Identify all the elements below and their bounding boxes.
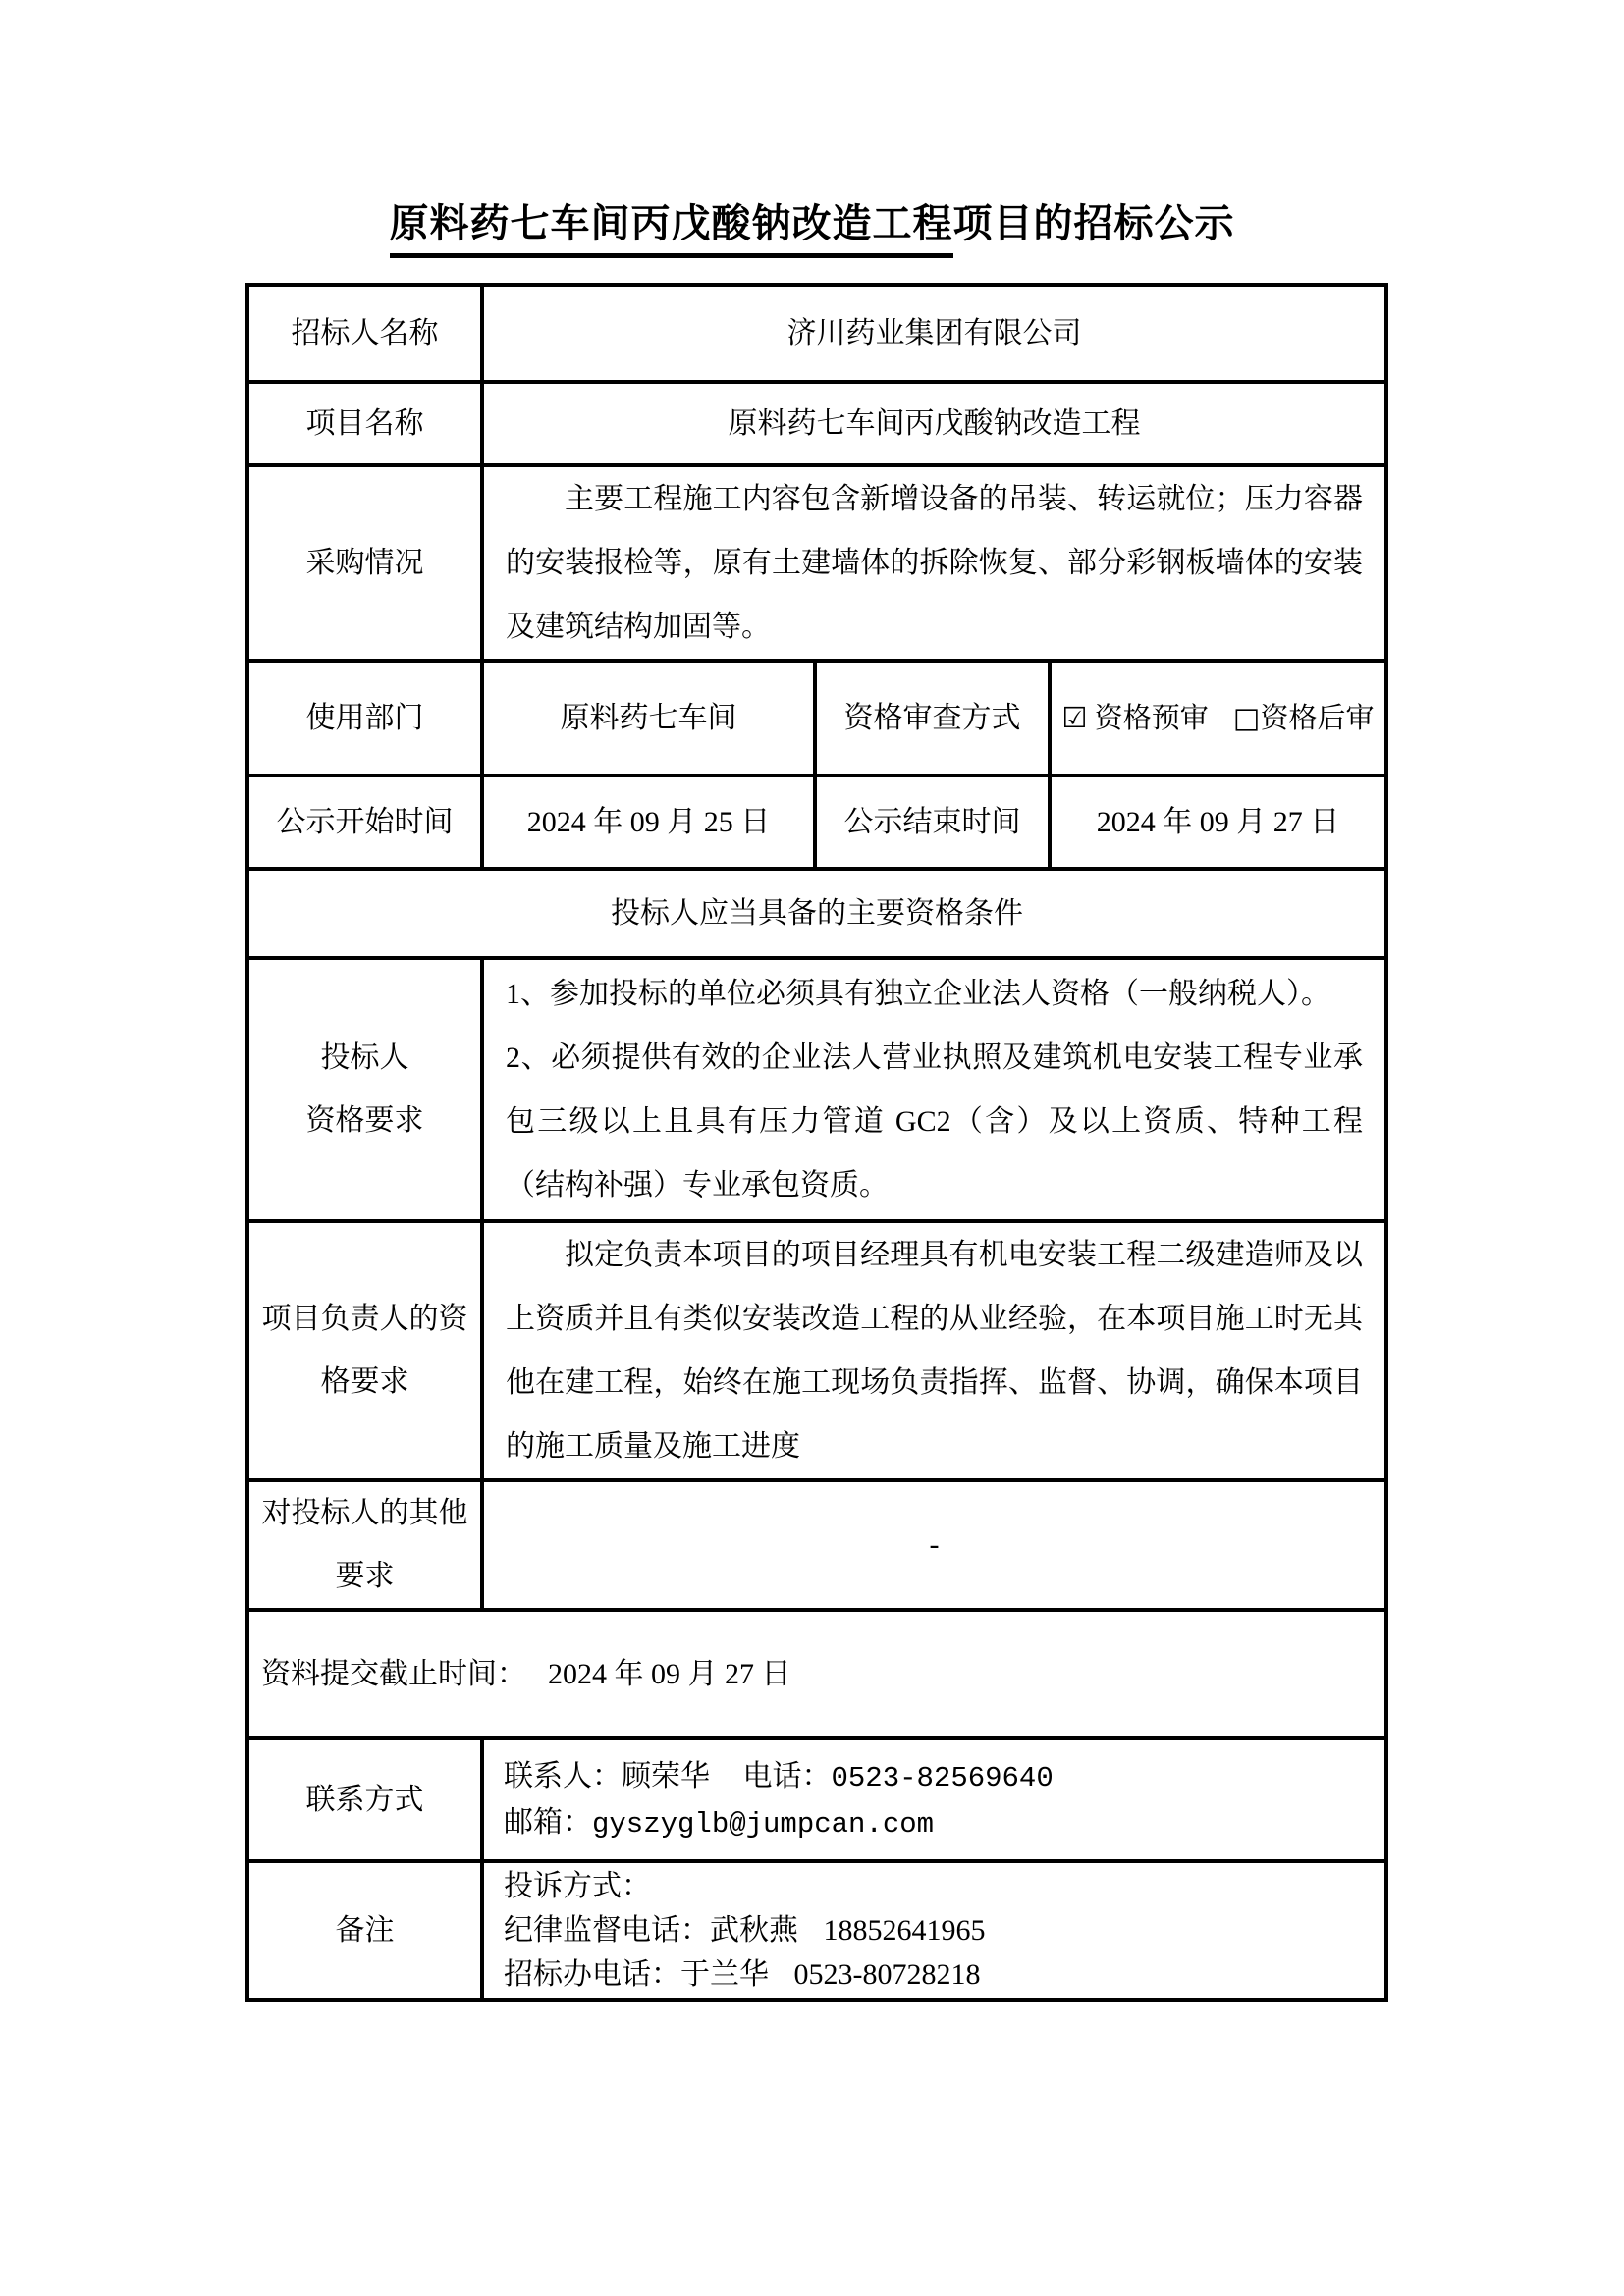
department-value: 原料药七车间	[482, 661, 815, 775]
deadline-cell: 资料提交截止时间：2024 年 09 月 27 日	[247, 1610, 1386, 1738]
deadline-label: 资料提交截止时间：	[261, 1658, 526, 1690]
checked-checkbox-icon: ☑	[1062, 701, 1088, 734]
bidder-qualification-label: 投标人 资格要求	[247, 958, 482, 1221]
contact-person: 联系人：顾荣华	[504, 1760, 710, 1792]
remarks-line1: 投诉方式：	[504, 1864, 1365, 1908]
publicity-end-value: 2024 年 09 月 27 日	[1050, 775, 1386, 869]
bidder-qualification-item1: 1、参加投标的单位必须具有独立企业法人资格（一般纳税人）。	[506, 962, 1363, 1026]
document-page: 原料药七车间丙戊酸钠改造工程项目的招标公示 招标人名称 济川药业集团有限公司 项…	[0, 0, 1624, 2296]
page-title: 原料药七车间丙戊酸钠改造工程项目的招标公示	[0, 198, 1624, 258]
remarks-tender-office-phone-label: 招标办电话：于兰华	[504, 1958, 769, 1991]
procurement-value: 主要工程施工内容包含新增设备的吊装、转运就位；压力容器的安装报检等，原有土建墙体…	[482, 465, 1386, 661]
bidder-qualification-label-line2: 资格要求	[257, 1090, 472, 1152]
bidder-qualification-item2: 2、必须提供有效的企业法人营业执照及建筑机电安装工程专业承包三级以上且具有压力管…	[506, 1026, 1363, 1217]
contact-phone: 0523-82569640	[832, 1762, 1054, 1794]
row-procurement: 采购情况 主要工程施工内容包含新增设备的吊装、转运就位；压力容器的安装报检等，原…	[247, 465, 1386, 661]
row-contact: 联系方式 联系人：顾荣华 电话：0523-82569640 邮箱：gyszygl…	[247, 1738, 1386, 1861]
row-bidder-qualification: 投标人 资格要求 1、参加投标的单位必须具有独立企业法人资格（一般纳税人）。 2…	[247, 958, 1386, 1221]
publicity-start-label: 公示开始时间	[247, 775, 482, 869]
bidder-name-label: 招标人名称	[247, 285, 482, 382]
procurement-label: 采购情况	[247, 465, 482, 661]
review-method-value: ☑ 资格预审 □资格后审	[1050, 661, 1386, 775]
publicity-start-value: 2024 年 09 月 25 日	[482, 775, 815, 869]
tender-table: 招标人名称 济川药业集团有限公司 项目名称 原料药七车间丙戊酸钠改造工程 采购情…	[245, 283, 1388, 2002]
review-postqualification-label: 资格后审	[1260, 703, 1374, 734]
pm-qualification-label: 项目负责人的资格要求	[247, 1221, 482, 1480]
bidder-name-value: 济川药业集团有限公司	[482, 285, 1386, 382]
pm-qualification-paragraph: 拟定负责本项目的项目经理具有机电安装工程二级建造师及以上资质并且有类似安装改造工…	[506, 1223, 1363, 1478]
contact-line-person-phone: 联系人：顾荣华 电话：0523-82569640	[504, 1754, 1365, 1800]
remarks-line2: 纪律监督电话：武秋燕 18852641965	[504, 1908, 1365, 1952]
review-prequalification-label: 资格预审	[1095, 703, 1209, 734]
remarks-tender-office-phone: 0523-80728218	[794, 1958, 981, 1991]
contact-phone-label: 电话：	[743, 1760, 832, 1792]
unchecked-checkbox-icon: □	[1233, 701, 1260, 734]
remarks-discipline-phone: 18852641965	[824, 1914, 986, 1947]
procurement-paragraph: 主要工程施工内容包含新增设备的吊装、转运就位；压力容器的安装报检等，原有土建墙体…	[506, 467, 1363, 659]
row-publicity-dates: 公示开始时间 2024 年 09 月 25 日 公示结束时间 2024 年 09…	[247, 775, 1386, 869]
remarks-value: 投诉方式： 纪律监督电话：武秋燕 18852641965 招标办电话：于兰华 0…	[482, 1861, 1386, 2000]
row-department-review: 使用部门 原料药七车间 资格审查方式 ☑ 资格预审 □资格后审	[247, 661, 1386, 775]
contact-value: 联系人：顾荣华 电话：0523-82569640 邮箱：gyszyglb@jum…	[482, 1738, 1386, 1861]
remarks-line3: 招标办电话：于兰华 0523-80728218	[504, 1952, 1365, 1997]
contact-label: 联系方式	[247, 1738, 482, 1861]
row-pm-qualification: 项目负责人的资格要求 拟定负责本项目的项目经理具有机电安装工程二级建造师及以上资…	[247, 1221, 1386, 1480]
other-requirements-label: 对投标人的其他要求	[247, 1480, 482, 1610]
review-method-label: 资格审查方式	[815, 661, 1050, 775]
remarks-discipline-phone-label: 纪律监督电话：武秋燕	[504, 1914, 798, 1947]
page-title-rest: 项目的招标公示	[953, 201, 1235, 245]
row-remarks: 备注 投诉方式： 纪律监督电话：武秋燕 18852641965 招标办电话：于兰…	[247, 1861, 1386, 2000]
contact-email-label: 邮箱：	[504, 1806, 592, 1839]
contact-email: gyszyglb@jumpcan.com	[592, 1808, 934, 1841]
row-other-requirements: 对投标人的其他要求 -	[247, 1480, 1386, 1610]
remarks-label: 备注	[247, 1861, 482, 2000]
row-qualification-header: 投标人应当具备的主要资格条件	[247, 869, 1386, 958]
row-deadline: 资料提交截止时间：2024 年 09 月 27 日	[247, 1610, 1386, 1738]
project-name-value: 原料药七车间丙戊酸钠改造工程	[482, 382, 1386, 465]
publicity-end-label: 公示结束时间	[815, 775, 1050, 869]
row-bidder-name: 招标人名称 济川药业集团有限公司	[247, 285, 1386, 382]
pm-qualification-value: 拟定负责本项目的项目经理具有机电安装工程二级建造师及以上资质并且有类似安装改造工…	[482, 1221, 1386, 1480]
other-requirements-value: -	[482, 1480, 1386, 1610]
bidder-qualification-label-line1: 投标人	[257, 1027, 472, 1090]
project-name-label: 项目名称	[247, 382, 482, 465]
department-label: 使用部门	[247, 661, 482, 775]
row-project-name: 项目名称 原料药七车间丙戊酸钠改造工程	[247, 382, 1386, 465]
bidder-qualification-value: 1、参加投标的单位必须具有独立企业法人资格（一般纳税人）。 2、必须提供有效的企…	[482, 958, 1386, 1221]
qualification-header: 投标人应当具备的主要资格条件	[247, 869, 1386, 958]
deadline-value: 2024 年 09 月 27 日	[548, 1658, 791, 1690]
page-title-underlined: 原料药七车间丙戊酸钠改造工程	[390, 198, 953, 258]
contact-line-email: 邮箱：gyszyglb@jumpcan.com	[504, 1800, 1365, 1846]
